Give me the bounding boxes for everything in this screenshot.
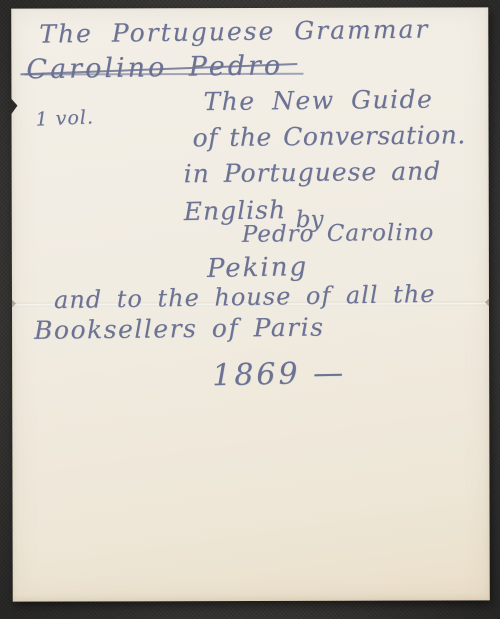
handwritten-line-imprint-1: and to the house of all the bbox=[54, 281, 436, 314]
handwritten-line-place: Peking bbox=[207, 253, 309, 284]
handwritten-line-struck-author: Carolino Pedro bbox=[26, 51, 283, 85]
photo-background: The Portuguese Grammar Carolino Pedro 1 … bbox=[0, 0, 500, 619]
handwritten-line-year: 1869 — bbox=[212, 357, 347, 393]
handwritten-line-imprint-2: Booksellers of Paris bbox=[34, 314, 325, 345]
handwritten-line-book-title-1: The New Guide bbox=[203, 86, 433, 116]
handwritten-line-volume: 1 vol. bbox=[35, 107, 94, 130]
handwritten-line-title: The Portuguese Grammar bbox=[39, 15, 429, 48]
crease-nick-right bbox=[485, 297, 490, 307]
crease-nick-left bbox=[11, 299, 16, 309]
torn-edge-notch bbox=[9, 97, 17, 117]
handwritten-line-book-title-3: in Portuguese and bbox=[184, 157, 442, 187]
handwritten-line-book-title-2: of the Conversation. bbox=[192, 121, 465, 152]
handwritten-line-author: Pedro Carolino bbox=[242, 221, 435, 248]
manuscript-page: The Portuguese Grammar Carolino Pedro 1 … bbox=[11, 7, 490, 601]
struck-author-text: Carolino Pedro bbox=[26, 50, 283, 85]
